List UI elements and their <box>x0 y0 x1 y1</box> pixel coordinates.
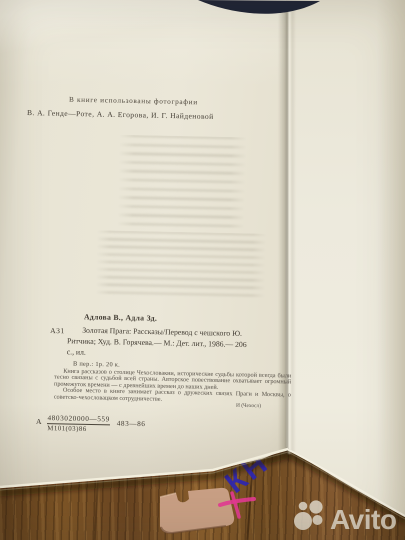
catalog-code: А31 <box>50 325 65 336</box>
catalog-fraction: 4803020000—559 М101(03)86 <box>47 414 110 433</box>
avito-wordmark: Avito <box>330 504 397 535</box>
catalog-prefix: А <box>36 417 42 426</box>
literature-index: И (Чехосл) <box>236 403 261 410</box>
bibliographic-description: Золотая Прага: Рассказы/Перевод с чешско… <box>67 324 248 361</box>
catalog-formula: А 4803020000—559 М101(03)86 483—86 <box>36 414 146 434</box>
catalog-denominator: М101(03)86 <box>47 424 109 433</box>
catalog-suffix: 483—86 <box>117 420 146 429</box>
bibliographic-entry: А31 Золотая Прага: Рассказы/Перевод с че… <box>50 324 248 361</box>
bleed-through-text <box>95 230 266 300</box>
authors-line: Адлова В., Адла Зд. <box>84 312 157 323</box>
avito-watermark: Avito <box>286 490 405 536</box>
bleed-through-text <box>117 135 247 230</box>
avito-logo-icon <box>294 500 323 530</box>
annotation-block: Книга рассказов о столице Чехословакии, … <box>54 369 292 406</box>
book-listing-photo: КН В книге использованы фотографии В. А.… <box>0 0 405 540</box>
